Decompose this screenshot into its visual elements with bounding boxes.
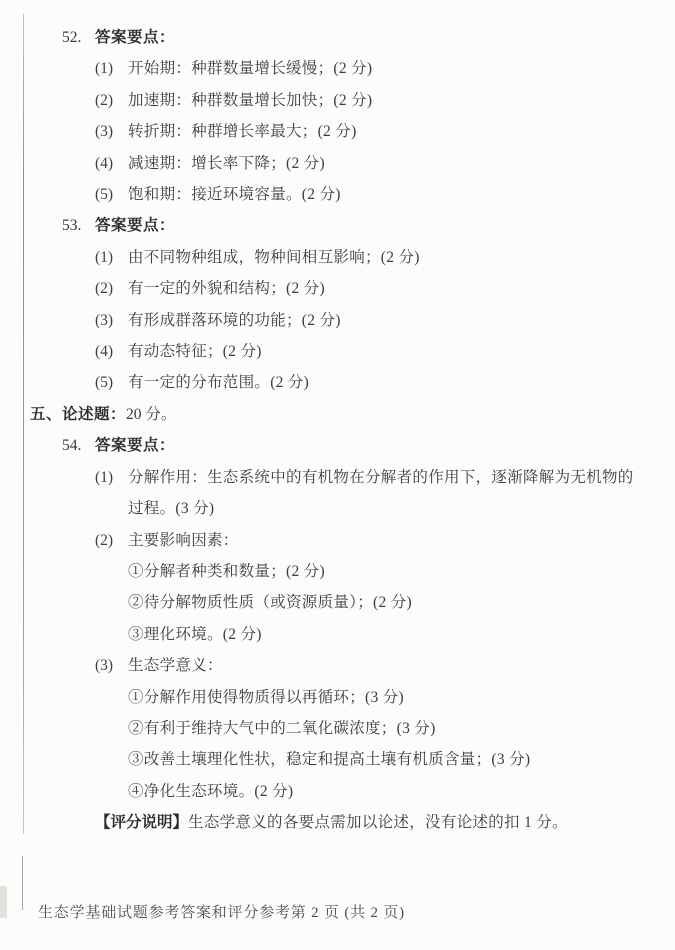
item-text: 有一定的外貌和结构；(2 分): [128, 273, 325, 304]
answer-item: (1) 开始期：种群数量增长缓慢；(2 分): [95, 53, 655, 84]
page-footer: 生态学基础试题参考答案和评分参考第 2 页 (共 2 页): [38, 901, 405, 922]
question-number: 53.: [62, 210, 95, 241]
page-edge-line-bottom: [22, 856, 23, 910]
scan-smudge: [0, 886, 7, 918]
item-label: (4): [95, 148, 128, 179]
question-title: 答案要点：: [95, 22, 175, 53]
question-number: 52.: [62, 22, 95, 53]
answer-item: (3) 转折期：种群增长率最大；(2 分): [95, 116, 655, 147]
item-text: 有一定的分布范围。(2 分): [128, 367, 309, 398]
scoring-note-label: 【评分说明】: [95, 814, 188, 831]
item-text: 生态学意义：: [128, 650, 223, 681]
question-title: 答案要点：: [95, 210, 175, 241]
question-title: 答案要点：: [95, 430, 175, 461]
item-text: 主要影响因素：: [128, 525, 239, 556]
answer-item: (4) 减速期：增长率下降；(2 分): [95, 148, 655, 179]
answer-item: (5) 有一定的分布范围。(2 分): [95, 367, 655, 398]
sub-item: ③改善土壤理化性状，稳定和提高土壤有机质含量；(3 分): [128, 744, 655, 775]
question-54-header: 54. 答案要点：: [62, 430, 655, 461]
item-label: (2): [95, 525, 128, 556]
sub-item: ①分解作用使得物质得以再循环；(3 分): [128, 682, 655, 713]
document-content: 52. 答案要点： (1) 开始期：种群数量增长缓慢；(2 分) (2) 加速期…: [30, 22, 655, 839]
item-label: (3): [95, 116, 128, 147]
section-heading-score: 20 分。: [126, 406, 176, 423]
item-text: 由不同物种组成，物种间相互影响；(2 分): [128, 242, 420, 273]
item-text: 分解作用：生态系统中的有机物在分解者的作用下，逐渐降解为无机物的过程。(3 分): [128, 462, 641, 525]
answer-item: (1) 分解作用：生态系统中的有机物在分解者的作用下，逐渐降解为无机物的过程。(…: [95, 462, 655, 525]
item-label: (2): [95, 85, 128, 116]
answer-item: (1) 由不同物种组成，物种间相互影响；(2 分): [95, 242, 655, 273]
sub-item: ③理化环境。(2 分): [128, 619, 655, 650]
item-label: (1): [95, 53, 128, 84]
question-number: 54.: [62, 430, 95, 461]
item-text: 饱和期：接近环境容量。(2 分): [128, 179, 341, 210]
answer-item: (3) 有形成群落环境的功能；(2 分): [95, 305, 655, 336]
section-heading: 五、论述题：20 分。: [30, 399, 655, 430]
item-label: (1): [95, 462, 128, 525]
sub-item: ②有利于维持大气中的二氧化碳浓度；(3 分): [128, 713, 655, 744]
section-heading-label: 五、论述题：: [30, 406, 126, 423]
item-text: 减速期：增长率下降；(2 分): [128, 148, 325, 179]
item-label: (4): [95, 336, 128, 367]
item-text: 加速期：种群数量增长加快；(2 分): [128, 85, 372, 116]
answer-item: (2) 加速期：种群数量增长加快；(2 分): [95, 85, 655, 116]
sub-item: ②待分解物质性质（或资源质量）；(2 分): [128, 587, 655, 618]
question-53-header: 53. 答案要点：: [62, 210, 655, 241]
answer-item: (2) 有一定的外貌和结构；(2 分): [95, 273, 655, 304]
item-label: (2): [95, 273, 128, 304]
sub-item: ④净化生态环境。(2 分): [128, 776, 655, 807]
item-text: 有形成群落环境的功能；(2 分): [128, 305, 341, 336]
scanned-document-page: 52. 答案要点： (1) 开始期：种群数量增长缓慢；(2 分) (2) 加速期…: [0, 0, 675, 950]
item-text: 转折期：种群增长率最大；(2 分): [128, 116, 357, 147]
item-text: 有动态特征；(2 分): [128, 336, 262, 367]
item-label: (5): [95, 179, 128, 210]
page-edge-line: [23, 14, 24, 834]
item-label: (3): [95, 650, 128, 681]
scoring-note: 【评分说明】生态学意义的各要点需加以论述，没有论述的扣 1 分。: [95, 807, 655, 838]
item-text: 开始期：种群数量增长缓慢；(2 分): [128, 53, 372, 84]
answer-item: (5) 饱和期：接近环境容量。(2 分): [95, 179, 655, 210]
item-label: (1): [95, 242, 128, 273]
answer-item: (2) 主要影响因素：: [95, 525, 655, 556]
answer-item: (4) 有动态特征；(2 分): [95, 336, 655, 367]
answer-item: (3) 生态学意义：: [95, 650, 655, 681]
sub-item: ①分解者种类和数量；(2 分): [128, 556, 655, 587]
question-52-header: 52. 答案要点：: [62, 22, 655, 53]
item-label: (3): [95, 305, 128, 336]
scoring-note-text: 生态学意义的各要点需加以论述，没有论述的扣 1 分。: [188, 814, 568, 831]
item-label: (5): [95, 367, 128, 398]
